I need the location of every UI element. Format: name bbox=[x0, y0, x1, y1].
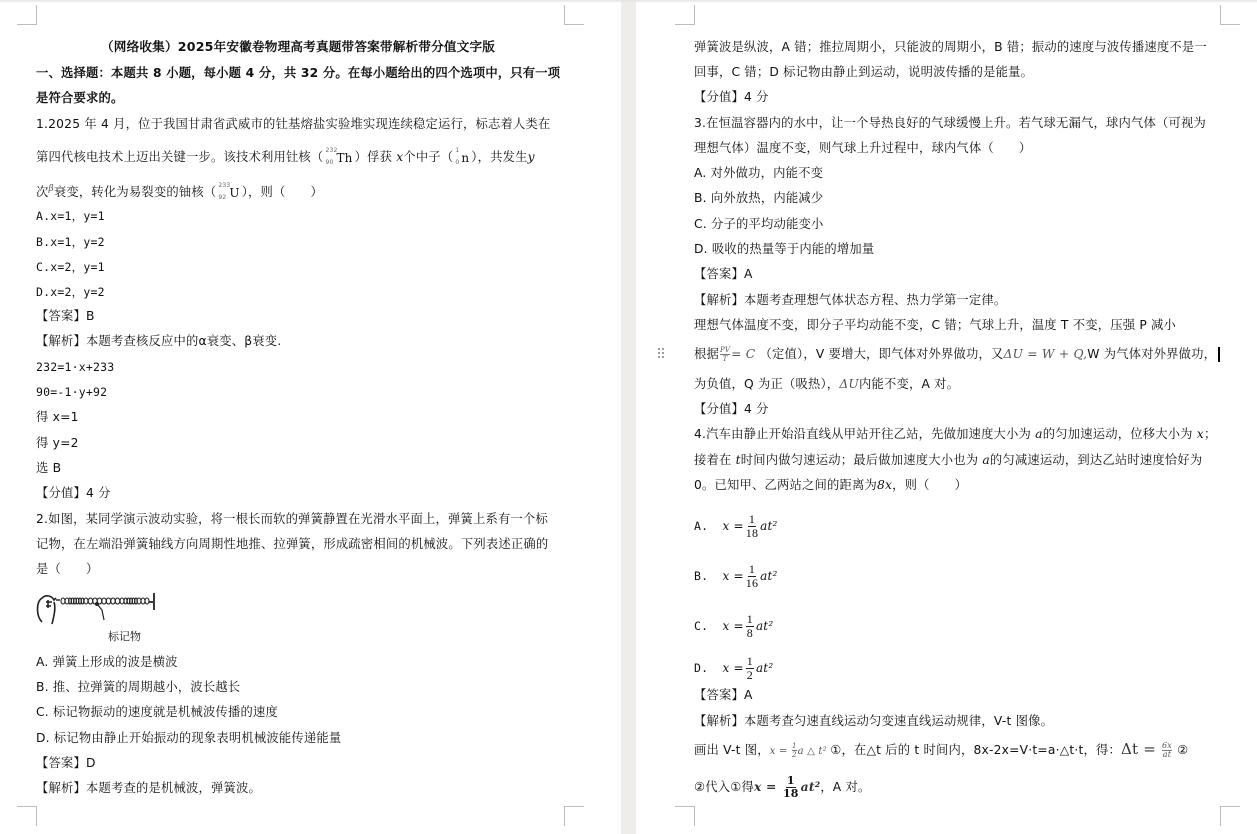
q3-score: 【分值】4 分 bbox=[694, 401, 769, 417]
q4-option-b: B. x =116at² bbox=[694, 563, 778, 590]
q3-option-d: D. 吸收的热量等于内能的增加量 bbox=[694, 241, 874, 257]
lhs: x = bbox=[723, 519, 744, 533]
equation: x = bbox=[770, 746, 791, 757]
q1-option-b: B.x=1，y=2 bbox=[36, 234, 105, 250]
atomic-number: 90 bbox=[325, 155, 333, 171]
text: ），共发生 bbox=[471, 150, 527, 164]
delta-u: ΔU bbox=[839, 377, 859, 391]
q1-answer: 【答案】B bbox=[36, 308, 95, 324]
lhs: x = bbox=[723, 569, 744, 583]
q1-stem-line2: 第四代核电技术上迈出关键一步。该技术利用钍核（23290Th）俘获 x个中子（1… bbox=[36, 149, 535, 166]
text: ）俘获 bbox=[355, 150, 393, 164]
q1-step: 得 y=2 bbox=[36, 435, 79, 451]
q3-analysis-line1: 理想气体温度不变，即分子平均动能不变，C 错；气球上升，温度 T 不变，压强 P… bbox=[694, 317, 1176, 333]
q1-option-d: D.x=2，y=2 bbox=[36, 284, 105, 300]
delta-t-fraction: 6xat bbox=[1162, 742, 1172, 759]
fraction: 18 bbox=[746, 613, 754, 640]
rhs: at² bbox=[756, 619, 773, 633]
q1-stem-line1: 1.2025 年 4 月，位于我国甘肃省武威市的钍基熔盐实验堆实现连续稳定运行，… bbox=[36, 116, 550, 132]
text: ，则（ ） bbox=[892, 478, 967, 492]
viewport-top-shadow bbox=[0, 0, 1257, 3]
text: 画出 V-t 图， bbox=[694, 743, 770, 757]
q2-option-d: D. 标记物由静止开始振动的现象表明机械波能传递能量 bbox=[36, 730, 341, 746]
q2-option-a: A. 弹簧上形成的波是横波 bbox=[36, 654, 178, 670]
half-fraction: 12 bbox=[792, 742, 797, 759]
q1-stem-line3: 次β衰变，转化为易裂变的铀核（23392U），则（ ） bbox=[36, 181, 323, 201]
text: （定值），V 要增大，即气体对外界做功，又 bbox=[760, 347, 1004, 361]
q3-answer: 【答案】A bbox=[694, 266, 753, 282]
fraction: 116 bbox=[746, 563, 758, 590]
rhs: at² bbox=[756, 661, 773, 675]
fraction: 118 bbox=[746, 513, 758, 540]
paragraph-drag-handle-icon[interactable] bbox=[657, 347, 665, 359]
q4-stem-line2: 接着在 t时间内做匀速运动；最后做加速度大小也为 a的匀减速运动，到达乙站时速度… bbox=[694, 452, 1202, 468]
q4-option-c: C. x =18at² bbox=[694, 613, 773, 640]
q1-step: 232=1·x+233 bbox=[36, 359, 114, 375]
lhs: x = bbox=[723, 619, 744, 633]
text: 为负值，Q 为正（吸热）， bbox=[694, 377, 839, 391]
text: 4.汽车由静止开始沿直线从甲站开往乙站，先做加速度大小为 bbox=[694, 427, 1031, 441]
q2-analysis: 【解析】本题考查的是机械波，弹簧波。 bbox=[36, 780, 261, 796]
text: ），则（ ） bbox=[242, 185, 323, 199]
rhs: at² bbox=[760, 569, 777, 583]
fraction: 118 bbox=[783, 775, 799, 800]
text: 根据 bbox=[694, 347, 719, 361]
text: ，A 对。 bbox=[820, 780, 870, 794]
q4-stem-line1: 4.汽车由静止开始沿直线从甲站开往乙站，先做加速度大小为 a的匀加速运动，位移大… bbox=[694, 426, 1216, 442]
q4-option-d: D. x =12at² bbox=[694, 655, 773, 682]
q1-option-a: A.x=1，y=1 bbox=[36, 208, 105, 224]
lhs: x = bbox=[723, 661, 744, 675]
margin-corner-mark bbox=[17, 806, 37, 826]
first-law-equation: ΔU = W + Q, bbox=[1004, 347, 1088, 361]
q4-analysis-line1: 画出 V-t 图，x = 12a △ t² ①，在△t 后的 t 时间内，8x-… bbox=[694, 741, 1188, 760]
equation: x = bbox=[754, 779, 781, 794]
document-title: （网络收集）2025年安徽卷物理高考真题带答案带解析带分值文字版 bbox=[101, 39, 495, 55]
text: 第四代核电技术上迈出关键一步。该技术利用钍核（ bbox=[36, 150, 323, 164]
pv-over-t-fraction: PVT bbox=[720, 346, 730, 363]
document-page-1[interactable]: （网络收集）2025年安徽卷物理高考真题带答案带解析带分值文字版 一、选择题：本… bbox=[0, 0, 621, 834]
margin-corner-mark bbox=[1220, 806, 1240, 826]
uranium-isotope: 23392U bbox=[218, 185, 239, 201]
section-heading: 一、选择题：本题共 8 小题，每小题 4 分，共 32 分。在每小题给出的四个选… bbox=[36, 65, 560, 81]
q4-option-a: A. x =118at² bbox=[694, 513, 778, 540]
q2-analysis-cont-1: 弹簧波是纵波，A 错；推拉周期小，只能波的周期小，B 错；振动的速度与波传播速度… bbox=[694, 39, 1207, 55]
text-cursor bbox=[1218, 347, 1220, 362]
option-label: A. bbox=[694, 519, 708, 533]
text: ①，在△t 后的 t 时间内，8x-2x=V·t=a·△t·t，得： bbox=[830, 743, 1121, 757]
q2-option-c: C. 标记物振动的速度就是机械波传播的速度 bbox=[36, 704, 278, 720]
q4-answer: 【答案】A bbox=[694, 687, 753, 703]
denominator: 2 bbox=[792, 751, 797, 759]
denominator: 18 bbox=[783, 788, 799, 800]
option-label: B. bbox=[694, 569, 708, 583]
fraction: 12 bbox=[746, 655, 754, 682]
q1-step: 得 x=1 bbox=[36, 409, 79, 425]
q3-stem-line1: 3.在恒温容器内的水中，让一个导热良好的气球缓慢上升。若气球无漏气，球内气体（可… bbox=[694, 115, 1206, 131]
rhs: at² bbox=[760, 519, 777, 533]
denominator: T bbox=[723, 355, 728, 363]
var-a: a bbox=[982, 453, 990, 467]
denominator: 16 bbox=[746, 577, 758, 590]
q2-score: 【分值】4 分 bbox=[694, 89, 769, 105]
thorium-isotope: 23290Th bbox=[325, 150, 352, 166]
var-y: y bbox=[528, 150, 535, 164]
q4-stem-line3: 0。已知甲、乙两站之间的距离为8x，则（ ） bbox=[694, 477, 967, 493]
marker-label: 标记物 bbox=[108, 628, 141, 644]
q3-analysis-line3: 为负值，Q 为正（吸热），ΔU内能不变，A 对。 bbox=[694, 376, 959, 392]
margin-corner-mark bbox=[675, 5, 695, 25]
margin-corner-mark bbox=[1220, 5, 1240, 25]
q3-option-a: A. 对外做功，内能不变 bbox=[694, 165, 823, 181]
neutron-symbol: 10n bbox=[455, 150, 469, 166]
numerator: 1 bbox=[792, 742, 797, 751]
numerator: 1 bbox=[748, 563, 756, 577]
atomic-number: 0 bbox=[455, 155, 459, 171]
q3-analysis: 【解析】本题考查理想气体状态方程、热力学第一定律。 bbox=[694, 292, 1006, 308]
text: ②代入①得 bbox=[694, 780, 754, 794]
text: 的匀减速运动，到达乙站时速度恰好为 bbox=[990, 453, 1202, 467]
q3-option-c: C. 分子的平均动能变小 bbox=[694, 216, 823, 232]
q2-stem-line3: 是（ ） bbox=[36, 561, 99, 577]
text: 个中子（ bbox=[403, 150, 453, 164]
equation: = C bbox=[731, 347, 755, 361]
q1-analysis: 【解析】本题考查核反应中的α衰变、β衰变. bbox=[36, 333, 281, 349]
document-page-2[interactable]: 弹簧波是纵波，A 错；推拉周期小，只能波的周期小，B 错；振动的速度与波传播速度… bbox=[636, 0, 1257, 834]
q3-stem-line2: 理想气体）温度不变，则气球上升过程中，球内气体（ ） bbox=[694, 140, 1031, 156]
denominator: 8 bbox=[747, 627, 753, 640]
q3-option-b: B. 向外放热，内能减少 bbox=[694, 190, 823, 206]
q2-option-b: B. 推、拉弹簧的周期越小，波长越长 bbox=[36, 679, 240, 695]
numerator: PV bbox=[720, 346, 730, 355]
q1-option-c: C.x=2，y=1 bbox=[36, 259, 105, 275]
equation: at² bbox=[801, 779, 821, 794]
q3-analysis-line2[interactable]: 根据PVT= C （定值），V 要增大，即气体对外界做功，又ΔU = W + Q… bbox=[694, 346, 1220, 363]
margin-corner-mark bbox=[675, 806, 695, 826]
denominator: 2 bbox=[747, 669, 753, 682]
numerator: 1 bbox=[746, 613, 754, 627]
q1-score: 【分值】4 分 bbox=[36, 485, 111, 501]
hand-spring-icon bbox=[34, 590, 184, 630]
text: 接着在 bbox=[694, 453, 732, 467]
q2-answer: 【答案】D bbox=[36, 755, 96, 771]
var-a: a bbox=[1035, 427, 1043, 441]
denominator: 18 bbox=[746, 527, 758, 540]
text: 时间内做匀速运动；最后做加速度大小也为 bbox=[741, 453, 978, 467]
distance-8x: 8x bbox=[877, 478, 892, 492]
text: 内能不变，A 对。 bbox=[859, 377, 959, 391]
margin-corner-mark bbox=[564, 806, 584, 826]
option-label: C. bbox=[694, 619, 708, 633]
delta-t-equation: Δt = bbox=[1121, 740, 1161, 758]
q4-analysis: 【解析】本题考查匀速直线运动匀变速直线运动规律，V-t 图像。 bbox=[694, 713, 1053, 729]
atomic-number: 92 bbox=[218, 190, 226, 206]
option-label: D. bbox=[694, 661, 708, 675]
q1-step: 90=-1·y+92 bbox=[36, 384, 107, 400]
text: 衰变，转化为易裂变的铀核（ bbox=[54, 185, 216, 199]
section-heading-cont: 是符合要求的。 bbox=[36, 90, 123, 106]
var-x: x bbox=[1197, 427, 1204, 441]
text: ； bbox=[1204, 427, 1217, 441]
margin-corner-mark bbox=[17, 5, 37, 25]
q2-analysis-cont-2: 回事，C 错；D 标记物由静止到运动，说明波传播的是能量。 bbox=[694, 64, 1033, 80]
q4-analysis-line2: ②代入①得x = 118at²，A 对。 bbox=[694, 775, 871, 800]
text: 次 bbox=[36, 185, 49, 199]
equation: a △ t² bbox=[798, 746, 831, 757]
q2-stem-line2: 记物，在左端沿弹簧轴线方向周期性地推、拉弹簧，形成疏密相间的机械波。下列表述正确… bbox=[36, 536, 548, 552]
q1-step: 选 B bbox=[36, 460, 61, 476]
numerator: 1 bbox=[748, 513, 756, 527]
denominator: at bbox=[1163, 751, 1171, 759]
text: 0。已知甲、乙两站之间的距离为 bbox=[694, 478, 877, 492]
numerator: 1 bbox=[746, 655, 754, 669]
spring-wave-figure: 标记物 bbox=[34, 590, 184, 646]
text: 的匀加速运动，位移大小为 bbox=[1043, 427, 1193, 441]
margin-corner-mark bbox=[564, 5, 584, 25]
q2-stem-line1: 2.如图，某同学演示波动实验，将一根长而软的弹簧静置在光滑水平面上，弹簧上系有一… bbox=[36, 511, 548, 527]
text: ② bbox=[1173, 743, 1188, 757]
text: W 为气体对外界做功， bbox=[1087, 347, 1216, 361]
